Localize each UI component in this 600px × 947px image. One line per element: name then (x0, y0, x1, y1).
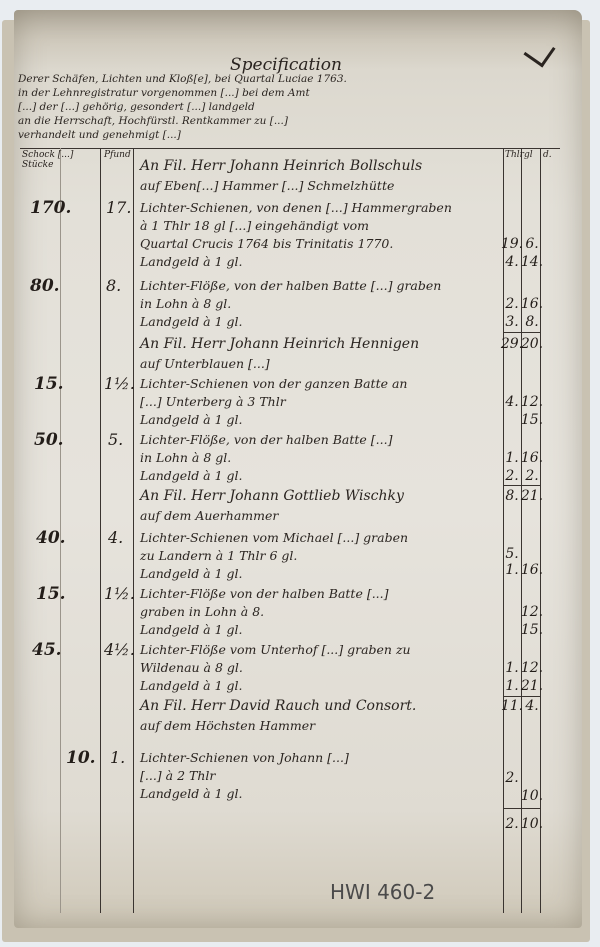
entry-line: Lichter-Schienen von Johann [...] (140, 750, 349, 765)
entry-line: Lichter-Flöße, von der halben Batte [...… (140, 278, 441, 293)
entry-line: graben in Lohn à 8. (140, 604, 264, 619)
intro-line: [...] der [...] gehörig, gesondert [...]… (18, 100, 578, 114)
subtotal-rule (503, 332, 540, 333)
account-heading: An Fil. Herr Johann Heinrich Hennigen (140, 336, 419, 352)
header-left-1: Schock [...] Stücke (22, 150, 82, 170)
entry-qty: 4½. (104, 640, 135, 659)
entry-line: Landgeld à 1 gl. (140, 314, 243, 329)
entry-line: auf Eben[...] Hammer [...] Schmelzhütte (140, 178, 394, 193)
entry-line: auf dem Auerhammer (140, 508, 278, 523)
entry-line: in Lohn à 8 gl. (140, 296, 231, 311)
account-heading: An Fil. Herr Johann Gottlieb Wischky (140, 488, 404, 504)
amount-groschen: 16. (520, 562, 544, 578)
entry-line: Landgeld à 1 gl. (140, 468, 243, 483)
entry-line: Lichter-Flöße, von der halben Batte [...… (140, 432, 392, 447)
entry-line: Landgeld à 1 gl. (140, 412, 243, 427)
intro-line: an die Herrschaft, Hochfürstl. Rentkamme… (18, 114, 578, 128)
entry-count: 15. (34, 374, 64, 394)
amount-groschen: 21. (520, 678, 544, 694)
entry-count: 10. (66, 748, 96, 768)
archive-shelfmark: HWI 460-2 (330, 880, 435, 904)
entry-line: [...] à 2 Thlr (140, 768, 215, 783)
entry-line: Lichter-Schienen von der ganzen Batte an (140, 376, 407, 391)
header-groschen: gl (524, 150, 533, 160)
amount-thaler: 5. (500, 546, 524, 562)
entry-line: Landgeld à 1 gl. (140, 786, 243, 801)
entry-line: Lichter-Schienen, von denen [...] Hammer… (140, 200, 452, 215)
entry-count: 45. (32, 640, 62, 660)
amount-groschen: 10. (520, 788, 544, 804)
entry-count: 50. (34, 430, 64, 450)
amount-groschen: 8. (520, 314, 544, 330)
entry-qty: 5. (108, 430, 123, 449)
entry-line: zu Landern à 1 Thlr 6 gl. (140, 548, 297, 563)
column-rule (133, 148, 134, 913)
amount-groschen: 4. (520, 698, 544, 714)
intro-line: in der Lehnregistratur vorgenommen [...]… (18, 86, 578, 100)
amount-groschen: 12. (520, 660, 544, 676)
entry-count: 40. (36, 528, 66, 548)
entry-qty: 1½. (104, 584, 135, 603)
entry-line: Quartal Crucis 1764 bis Trinitatis 1770. (140, 236, 393, 251)
intro-line: Derer Schäfen, Lichten und Kloß[e], bei … (18, 72, 578, 86)
column-rule (100, 148, 101, 913)
header-thaler: Thlr (505, 150, 524, 160)
entry-line: auf Unterblauen [...] (140, 356, 270, 371)
header-pfennig: d. (543, 150, 552, 160)
subtotal-rule (503, 808, 540, 809)
amount-groschen: 16. (520, 450, 544, 466)
intro-text: Derer Schäfen, Lichten und Kloß[e], bei … (18, 72, 578, 142)
amount-groschen: 16. (520, 296, 544, 312)
amount-groschen: 21. (520, 488, 544, 504)
entry-qty: 1. (110, 748, 125, 767)
amount-groschen: 12. (520, 394, 544, 410)
amount-groschen: 6. (520, 236, 544, 252)
entry-count: 15. (36, 584, 66, 604)
entry-qty: 8. (106, 276, 121, 295)
amount-groschen: 14. (520, 254, 544, 270)
amount-groschen: 15. (520, 412, 544, 428)
account-heading: An Fil. Herr David Rauch und Consort. (140, 698, 416, 714)
entry-qty: 17. (106, 198, 131, 217)
amount-groschen: 20. (520, 336, 544, 352)
total-groschen: 10. (520, 816, 544, 832)
entry-line: à 1 Thlr 18 gl [...] eingehändigt vom (140, 218, 369, 233)
entry-line: Lichter-Flöße vom Unterhof [...] graben … (140, 642, 411, 657)
entry-line: Wildenau à 8 gl. (140, 660, 243, 675)
entry-line: Lichter-Schienen vom Michael [...] grabe… (140, 530, 408, 545)
amount-groschen: 2. (520, 468, 544, 484)
entry-qty: 1½. (104, 374, 135, 393)
entry-line: auf dem Höchsten Hammer (140, 718, 315, 733)
entry-line: [...] Unterberg à 3 Thlr (140, 394, 286, 409)
entry-line: in Lohn à 8 gl. (140, 450, 231, 465)
amount-groschen: 15. (520, 622, 544, 638)
amount-groschen: 12. (520, 604, 544, 620)
amount-thaler: 2. (500, 770, 524, 786)
entry-line: Lichter-Flöße von der halben Batte [...] (140, 586, 389, 601)
header-left-2: Pfund (104, 150, 132, 160)
entry-qty: 4. (108, 528, 123, 547)
entry-line: Landgeld à 1 gl. (140, 678, 243, 693)
subtotal-rule (503, 485, 540, 486)
account-heading: An Fil. Herr Johann Heinrich Bollschuls (140, 158, 422, 174)
entry-count: 170. (30, 198, 71, 218)
entry-line: Landgeld à 1 gl. (140, 566, 243, 581)
entry-line: Landgeld à 1 gl. (140, 254, 243, 269)
entry-line: Landgeld à 1 gl. (140, 622, 243, 637)
entry-count: 80. (30, 276, 60, 296)
intro-line: verhandelt und genehmigt [...] (18, 128, 578, 142)
